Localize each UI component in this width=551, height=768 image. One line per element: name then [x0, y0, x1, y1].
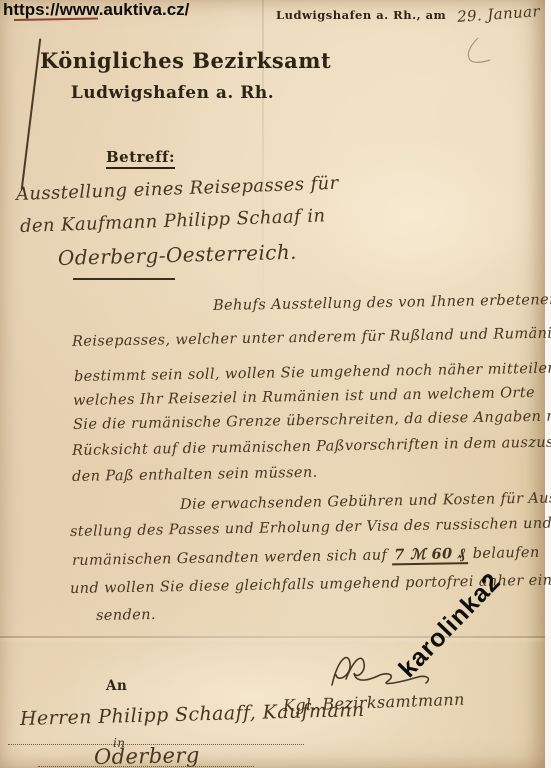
recipient-city-line: Oderberg	[94, 743, 200, 768]
dateline-handwritten-date: 29. Januar	[457, 2, 541, 26]
recipient-an-label: An	[106, 678, 127, 694]
paper-light-patch	[300, 135, 535, 295]
dateline-printed-place: Ludwigshafen a. Rh., am	[276, 8, 446, 22]
horizontal-fold-crease	[0, 636, 545, 638]
pencil-mark	[450, 36, 500, 66]
subject-closing-rule	[73, 278, 175, 280]
letterhead-office: Königliches Bezirksamt	[40, 48, 305, 73]
fee-amount: 7 ℳ 60 ₰	[392, 545, 468, 565]
letterhead-city: Ludwigshafen a. Rh.	[40, 83, 305, 103]
letterhead: Königliches Bezirksamt Ludwigshafen a. R…	[40, 48, 305, 103]
body-p2-line-5: senden.	[96, 607, 156, 624]
dateline: Ludwigshafen a. Rh., am 29. Januar 1894.	[276, 4, 551, 23]
recipient-dotted-line-2	[38, 766, 254, 767]
subject-label: Betreff:	[106, 148, 175, 169]
